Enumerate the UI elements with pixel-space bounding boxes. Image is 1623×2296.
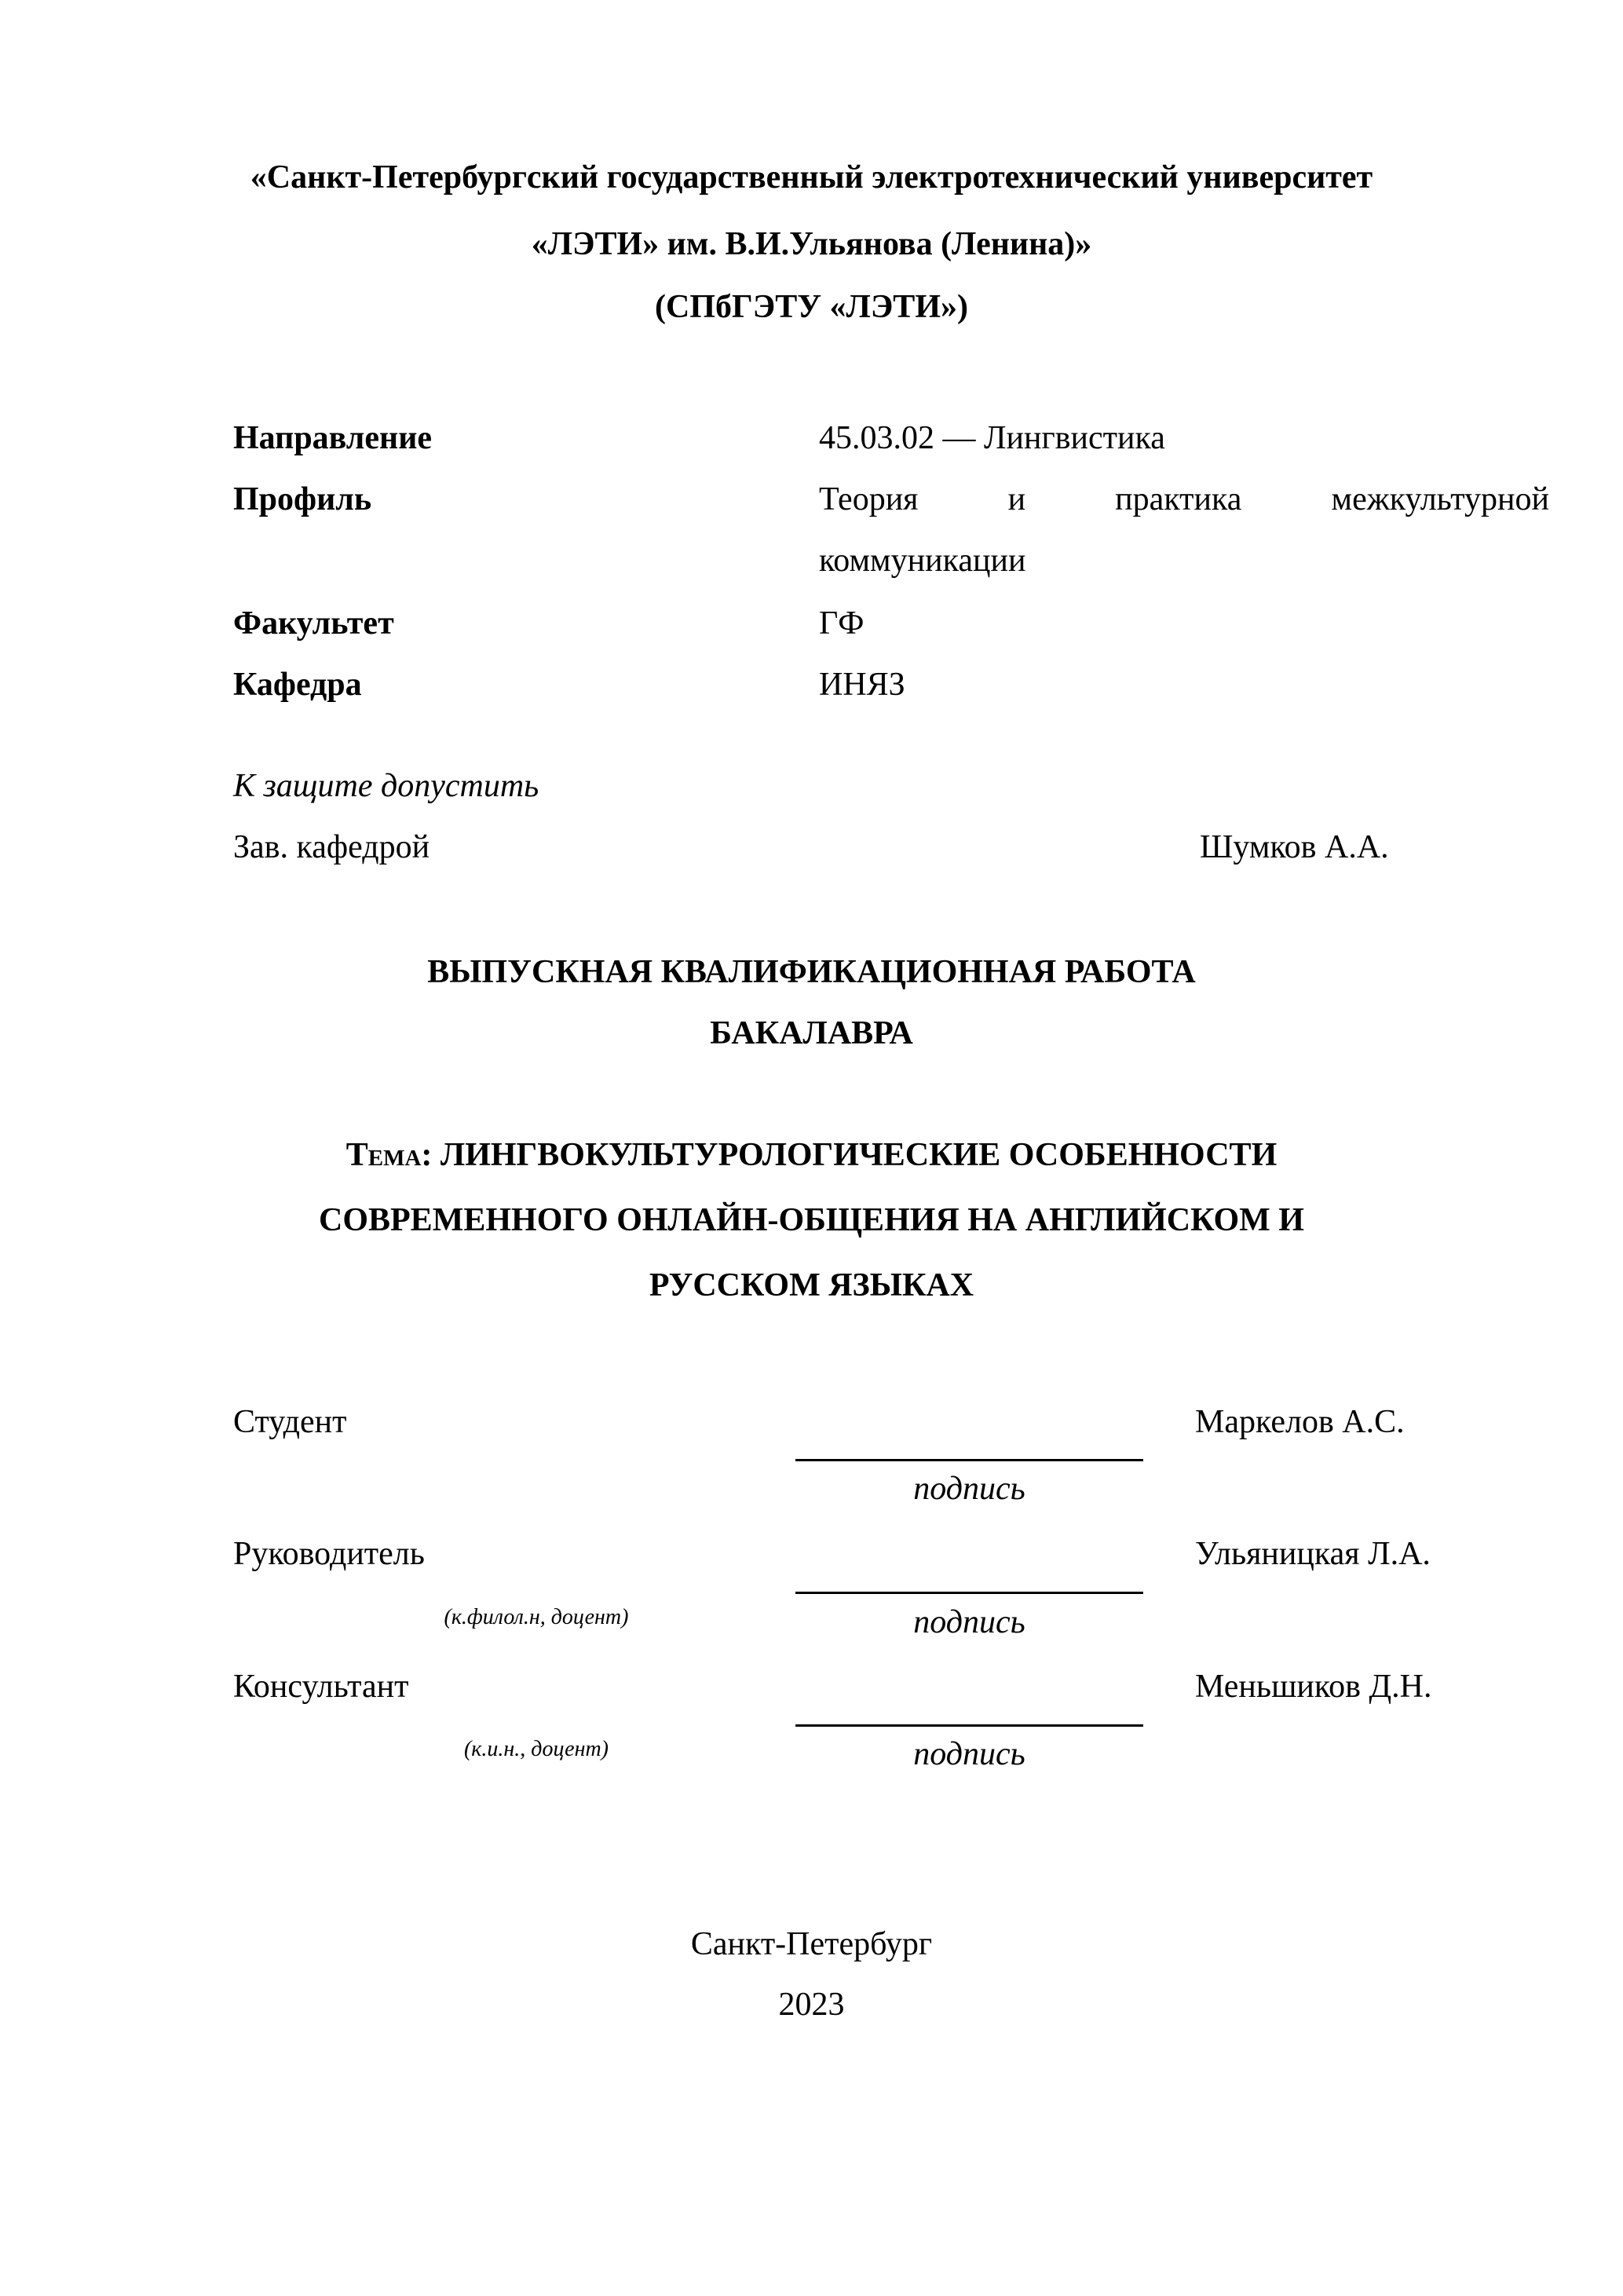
head-of-department-name: Шумков А.А. <box>1200 831 1389 864</box>
city: Санкт-Петербург <box>0 1928 1623 1961</box>
admit-to-defense: К защите допустить <box>233 770 539 803</box>
consultant-signature-line <box>795 1724 1143 1727</box>
topic-line1: Тема: ЛИНГВОКУЛЬТУРОЛОГИЧЕСКИЕ ОСОБЕННОС… <box>0 1139 1623 1172</box>
consultant-label: Консультант <box>233 1670 409 1703</box>
profile-word: Теория <box>819 483 919 516</box>
year: 2023 <box>0 1988 1623 2021</box>
student-signature-caption: подпись <box>795 1472 1143 1505</box>
faculty-value: ГФ <box>819 607 864 640</box>
direction-label: Направление <box>233 422 432 455</box>
university-abbreviation: (СПбГЭТУ «ЛЭТИ») <box>0 291 1623 324</box>
supervisor-signature-caption: подпись <box>795 1606 1143 1639</box>
consultant-name: Меньшиков Д.Н. <box>1195 1670 1431 1703</box>
department-label: Кафедра <box>233 668 362 701</box>
profile-value-line1: Теория и практика межкультурной <box>819 483 1549 516</box>
university-name-line2: «ЛЭТИ» им. В.И.Ульянова (Ленина)» <box>0 228 1623 261</box>
topic-text-line1: ЛИНГВОКУЛЬТУРОЛОГИЧЕСКИЕ ОСОБЕННОСТИ <box>440 1137 1277 1173</box>
profile-word: и <box>1008 483 1025 516</box>
profile-word: практика <box>1115 483 1241 516</box>
department-value: ИНЯЗ <box>819 668 905 701</box>
university-name-line1: «Санкт-Петербургский государственный эле… <box>0 161 1623 194</box>
supervisor-signature-line <box>795 1592 1143 1594</box>
supervisor-degree: (к.филол.н, доцент) <box>320 1605 752 1630</box>
profile-label: Профиль <box>233 483 371 516</box>
direction-value: 45.03.02 — Лингвистика <box>819 422 1165 455</box>
work-title-line1: ВЫПУСКНАЯ КВАЛИФИКАЦИОННАЯ РАБОТА <box>0 956 1623 989</box>
profile-word: межкультурной <box>1331 483 1548 516</box>
topic-prefix: Тема: <box>346 1137 433 1173</box>
student-name: Маркелов А.С. <box>1195 1406 1405 1439</box>
student-signature-line <box>795 1459 1143 1461</box>
supervisor-label: Руководитель <box>233 1537 425 1570</box>
faculty-label: Факультет <box>233 607 394 640</box>
topic-line2: СОВРЕМЕННОГО ОНЛАЙН-ОБЩЕНИЯ НА АНГЛИЙСКО… <box>0 1204 1623 1237</box>
head-of-department-label: Зав. кафедрой <box>233 831 430 864</box>
topic-line3: РУССКОМ ЯЗЫКАХ <box>0 1269 1623 1302</box>
profile-value-line2: коммуникации <box>819 544 1025 577</box>
consultant-degree: (к.и.н., доцент) <box>320 1737 752 1762</box>
supervisor-name: Ульяницкая Л.А. <box>1195 1537 1431 1570</box>
work-title-line2: БАКАЛАВРА <box>0 1017 1623 1050</box>
consultant-signature-caption: подпись <box>795 1738 1143 1771</box>
student-label: Студент <box>233 1406 346 1439</box>
